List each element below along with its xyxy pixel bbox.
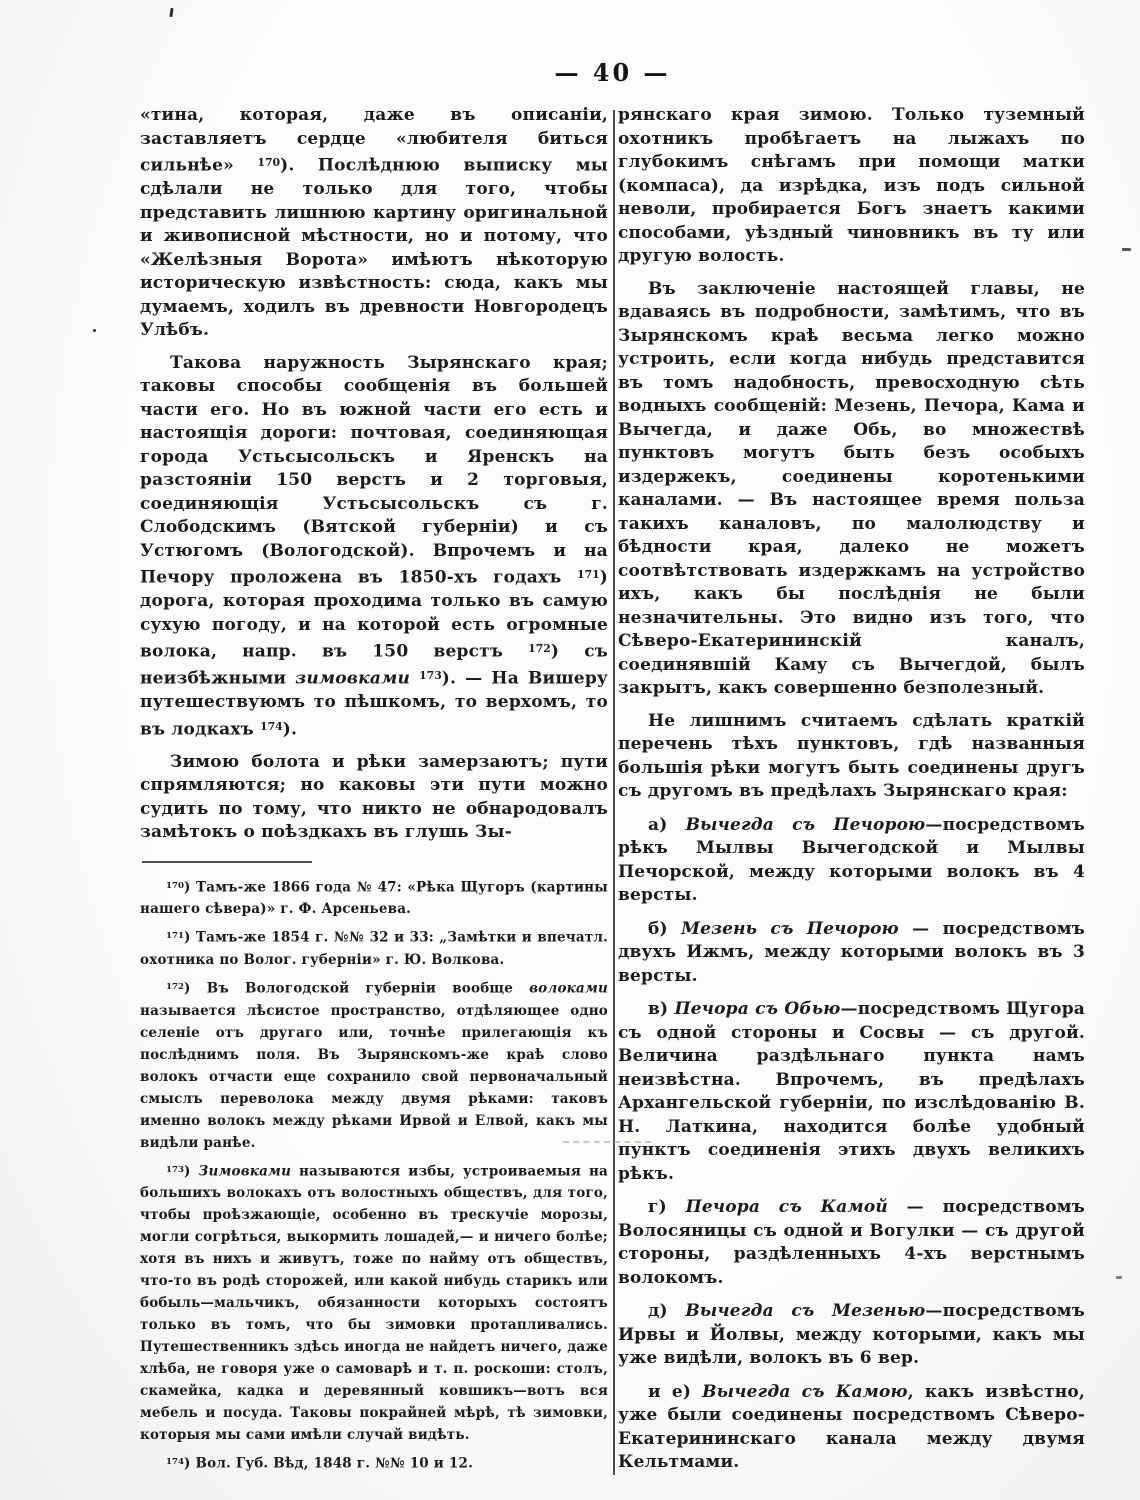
footnote-separator xyxy=(142,861,312,863)
left-column: «тина, которая, даже въ описаніи, застав… xyxy=(140,104,608,1475)
decorative-rule xyxy=(563,1141,651,1146)
scan-speck xyxy=(169,8,173,17)
paragraph-1: «тина, которая, даже въ описаніи, застав… xyxy=(140,104,608,343)
footnote-171: 171) Тамъ-же 1854 г. №№ 32 и 33: „Замѣтк… xyxy=(140,925,608,971)
footnote-173: 173) Зимовками называются избы, устроива… xyxy=(140,1159,608,1447)
text-columns: «тина, которая, даже въ описаніи, застав… xyxy=(140,104,1085,1475)
footnote-174: 174) Вол. Губ. Вѣд, 1848 г. №№ 10 и 12. xyxy=(140,1451,608,1475)
list-item-e: и е) Вычегда съ Камою, какъ извѣстно, уж… xyxy=(618,1381,1085,1475)
paragraph-5: Въ заключеніе настоящей главы, не вдавая… xyxy=(618,278,1085,701)
scan-speck xyxy=(93,329,96,332)
paragraph-2: Такова наружность Зырянскаго края; таков… xyxy=(140,352,608,742)
footnote-172: 172) Въ Вологодской губерніи вообще воло… xyxy=(140,976,608,1154)
scan-speck xyxy=(1122,248,1131,251)
right-column: рянскаго края зимою. Только туземный охо… xyxy=(618,104,1085,1475)
footnote-170: 170) Тамъ-же 1866 года № 47: «Рѣка Щугор… xyxy=(140,875,608,921)
list-item-b: б) Мезень съ Печорою — посредствомъ двух… xyxy=(618,918,1085,989)
list-item-v: в) Печора съ Обью—посредствомъ Щугора съ… xyxy=(618,998,1085,1186)
scanned-book-page: — 40 — «тина, которая, даже въ описаніи,… xyxy=(0,0,1140,1500)
paragraph-6: Не лишнимъ считаемъ сдѣлать краткій пере… xyxy=(618,710,1085,804)
list-item-g: г) Печора съ Камой — посредствомъ Волося… xyxy=(618,1196,1085,1290)
scan-speck xyxy=(1116,1276,1122,1279)
list-item-d: д) Вычегда съ Мезенью—посредствомъ Ирвы … xyxy=(618,1300,1085,1371)
paragraph-4: рянскаго края зимою. Только туземный охо… xyxy=(618,104,1085,269)
column-divider xyxy=(613,110,615,1475)
paragraph-3: Зимою болота и рѣки замерзаютъ; пути спр… xyxy=(140,751,608,845)
page-number: — 40 — xyxy=(140,58,1085,87)
list-item-a: а) Вычегда съ Печорою—посредствомъ рѣкъ … xyxy=(618,814,1085,908)
